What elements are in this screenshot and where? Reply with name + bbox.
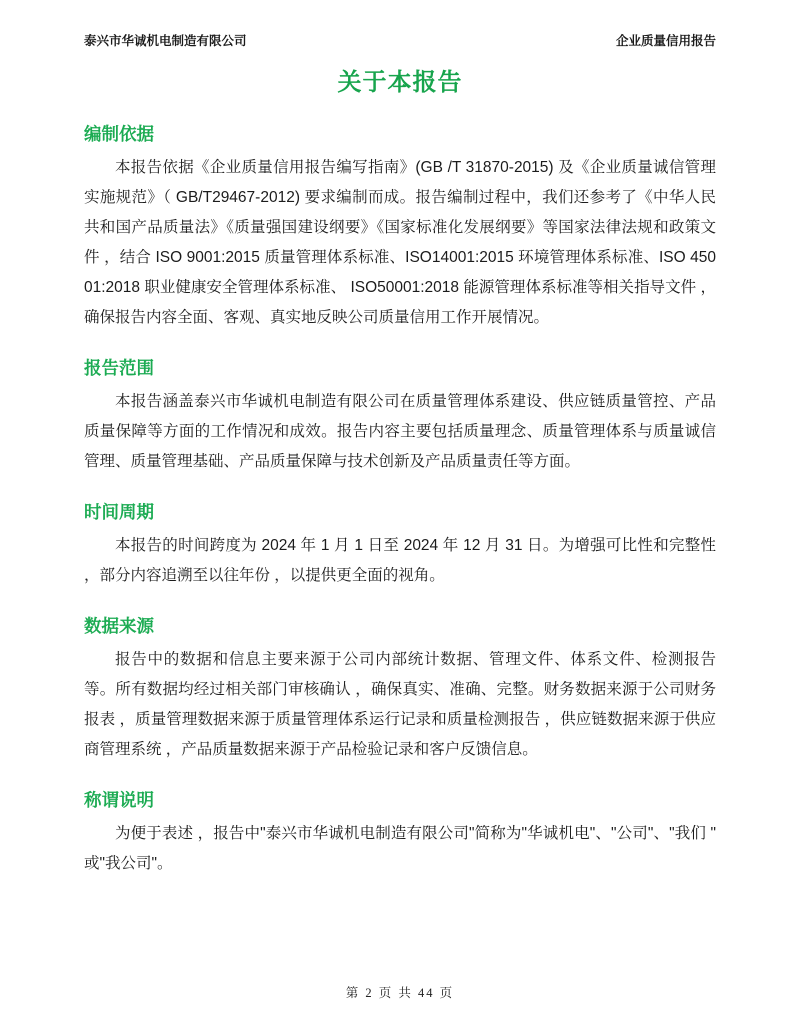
- section-heading: 数据来源: [84, 615, 716, 637]
- section-paragraph: 本报告涵盖泰兴市华诚机电制造有限公司在质量管理体系建设、供应链质量管控、产品质量…: [84, 387, 716, 477]
- section-scope: 报告范围 本报告涵盖泰兴市华诚机电制造有限公司在质量管理体系建设、供应链质量管控…: [84, 357, 716, 477]
- section-paragraph: 本报告依据《企业质量信用报告编写指南》(GB /T 31870-2015) 及《…: [84, 153, 716, 333]
- section-naming-note: 称谓说明 为便于表述 ，报告中"泰兴市华诚机电制造有限公司"简称为"华诚机电"、…: [84, 789, 716, 879]
- section-paragraph: 本报告的时间跨度为 2024 年 1 月 1 日至 2024 年 12 月 31…: [84, 531, 716, 591]
- header-report-type: 企业质量信用报告: [616, 34, 716, 49]
- section-heading: 称谓说明: [84, 789, 716, 811]
- section-time-period: 时间周期 本报告的时间跨度为 2024 年 1 月 1 日至 2024 年 12…: [84, 501, 716, 591]
- section-heading: 报告范围: [84, 357, 716, 379]
- page-content: 泰兴市华诚机电制造有限公司 企业质量信用报告 关于本报告 编制依据 本报告依据《…: [0, 0, 800, 879]
- report-page: 泰兴市华诚机电制造有限公司 企业质量信用报告 关于本报告 编制依据 本报告依据《…: [0, 0, 800, 1035]
- header-company-name: 泰兴市华诚机电制造有限公司: [84, 34, 247, 49]
- section-paragraph: 为便于表述 ，报告中"泰兴市华诚机电制造有限公司"简称为"华诚机电"、"公司"、…: [84, 819, 716, 879]
- page-header: 泰兴市华诚机电制造有限公司 企业质量信用报告: [84, 34, 716, 49]
- section-basis: 编制依据 本报告依据《企业质量信用报告编写指南》(GB /T 31870-201…: [84, 123, 716, 333]
- section-paragraph: 报告中的数据和信息主要来源于公司内部统计数据、管理文件、体系文件、检测报告等。所…: [84, 645, 716, 765]
- section-heading: 编制依据: [84, 123, 716, 145]
- section-data-source: 数据来源 报告中的数据和信息主要来源于公司内部统计数据、管理文件、体系文件、检测…: [84, 615, 716, 765]
- page-title: 关于本报告: [84, 67, 716, 99]
- page-number: 第 2 页 共 44 页: [0, 983, 800, 1001]
- section-heading: 时间周期: [84, 501, 716, 523]
